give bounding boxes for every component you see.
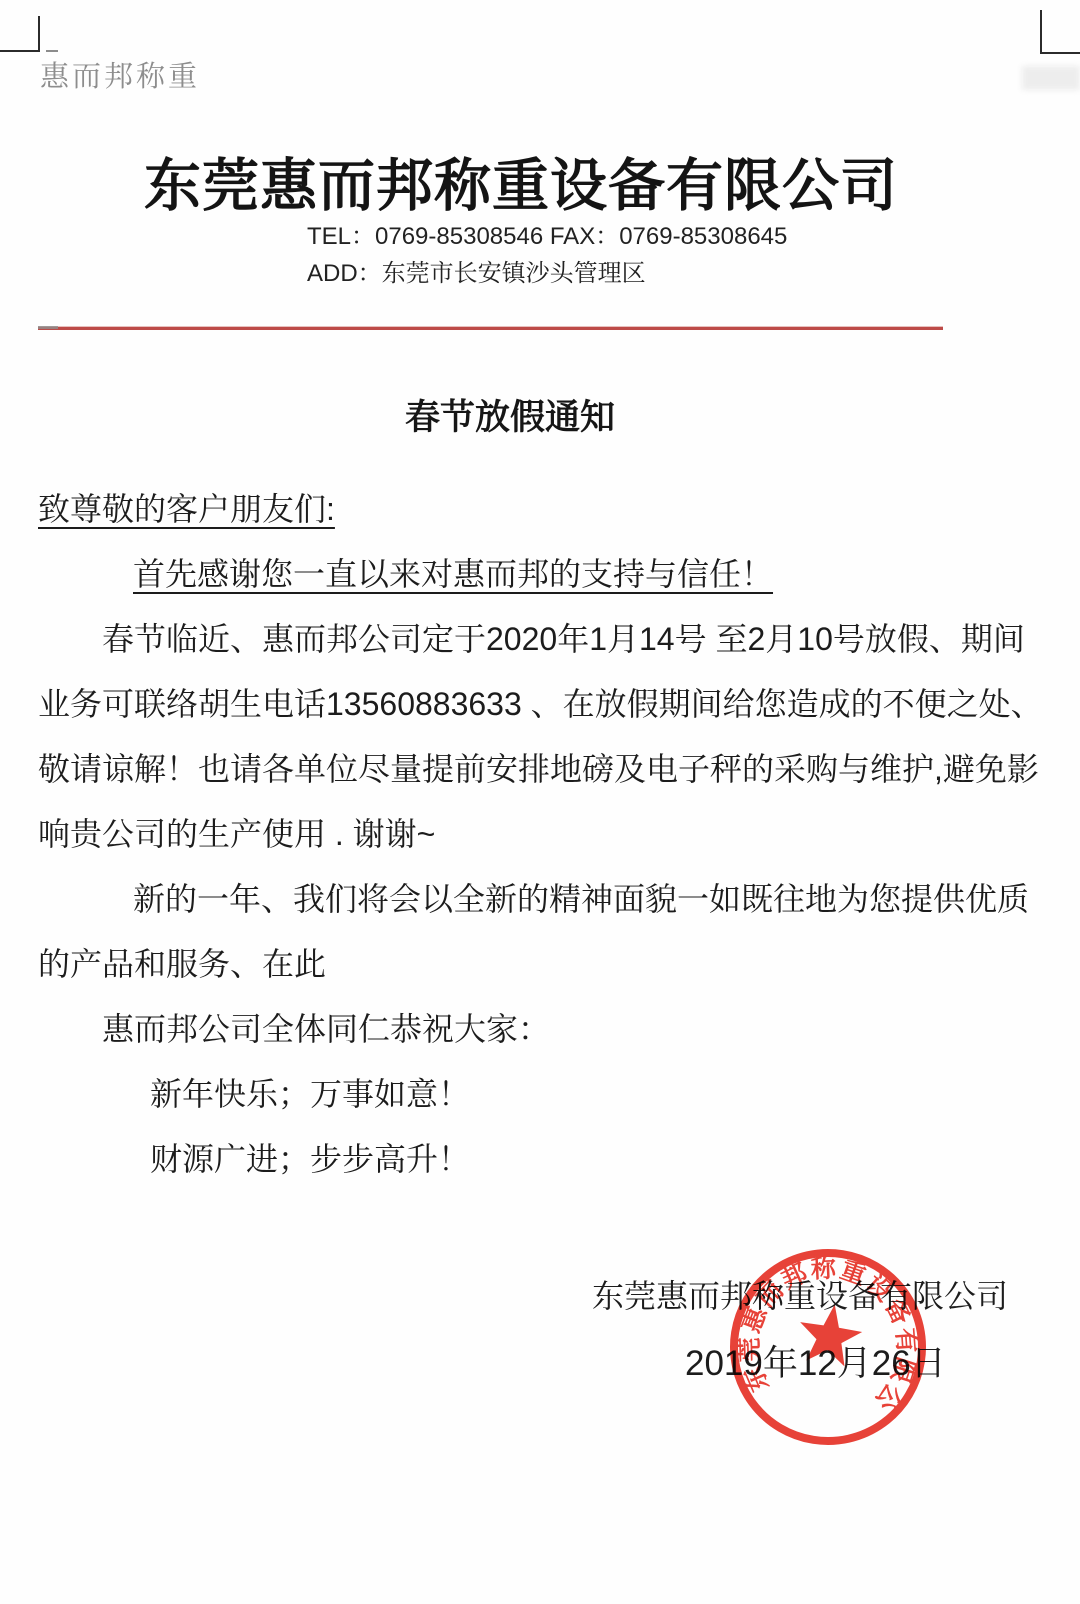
body-line-thanks: 首先感谢您一直以来对惠而邦的支持与信任！ [38, 542, 1043, 607]
tel-fax-line: TEL：0769-85308546 FAX：0769-85308645 [307, 218, 787, 255]
notice-title: 春节放假通知 [0, 390, 1020, 440]
watermark-text: 惠而邦称重 [40, 54, 200, 95]
body-line-salutation: 致尊敬的客户朋友们: [38, 477, 1043, 542]
corner-mark-top-right [1040, 52, 1080, 54]
body-line-wishes-intro: 惠而邦公司全体同仁恭祝大家： [38, 997, 1043, 1062]
corner-mark-top-right [1040, 10, 1042, 54]
company-name-title: 东莞惠而邦称重设备有限公司 [0, 140, 1042, 222]
body-line-wish-2: 财源广进；步步高升！ [38, 1127, 1043, 1192]
body-line: 新的一年、我们将会以全新的精神面貌一如既往地为您提供优质 [38, 867, 1043, 932]
corner-mark-top-left [38, 16, 40, 52]
red-divider-line [38, 326, 943, 330]
scan-smudge [1022, 66, 1080, 90]
red-divider-tip [38, 326, 58, 329]
body-line: 敬请谅解！也请各单位尽量提前安排地磅及电子秤的采购与维护,避免影 [38, 737, 1043, 802]
company-stamp: 东莞惠而邦称重设备有限公司 [714, 1233, 943, 1462]
contact-block: TEL：0769-85308546 FAX：0769-85308645 ADD：… [307, 218, 787, 292]
address-line: ADD：东莞市长安镇沙头管理区 [307, 255, 787, 292]
document-page: 惠而邦称重 东莞惠而邦称重设备有限公司 TEL：0769-85308546 FA… [0, 0, 1080, 1604]
body-line: 响贵公司的生产使用 . 谢谢~ [38, 802, 1043, 867]
body-line: 的产品和服务、在此 [38, 932, 1043, 997]
body-line: 业务可联络胡生电话13560883633 、在放假期间给您造成的不便之处、 [38, 672, 1043, 737]
body-line: 春节临近、惠而邦公司定于2020年1月14号 至2月10号放假、期间 [38, 607, 1043, 672]
corner-mark-top-left [0, 50, 40, 52]
corner-mark-tick [46, 50, 58, 52]
star-icon [794, 1300, 865, 1369]
notice-body: 致尊敬的客户朋友们: 首先感谢您一直以来对惠而邦的支持与信任！ 春节临近、惠而邦… [38, 477, 1043, 1192]
body-line-wish-1: 新年快乐；万事如意！ [38, 1062, 1043, 1127]
